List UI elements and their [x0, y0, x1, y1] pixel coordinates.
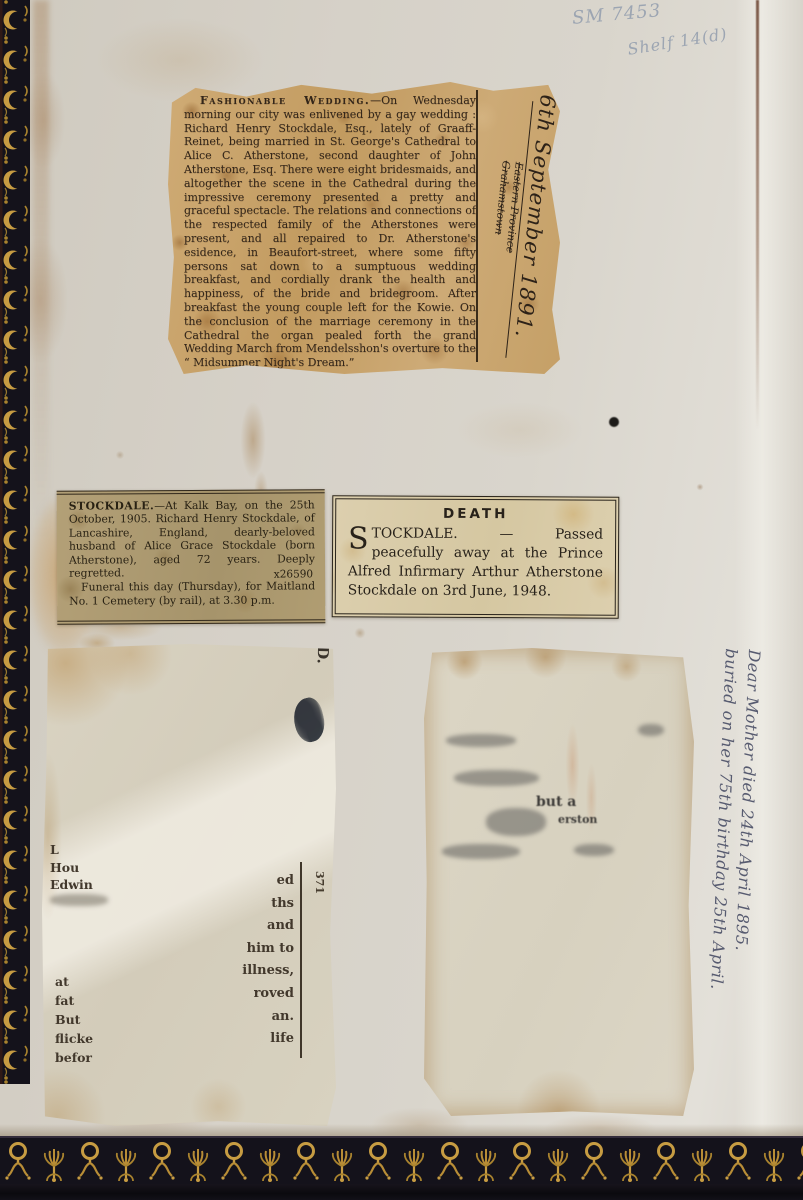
fragment: ths [190, 893, 294, 916]
text-fragments-right: ed ths and him to illness, roved an. lif… [190, 870, 294, 1051]
stain-streak-left [33, 0, 49, 540]
fragment: Edwin [50, 876, 93, 894]
faded-text-smudge [638, 724, 664, 736]
fragment: roved [190, 983, 294, 1006]
rotated-page-number: 371 [313, 871, 326, 894]
faded-text-smudge [50, 894, 108, 906]
column-rule [476, 90, 478, 362]
faded-text-smudge [486, 808, 546, 836]
fragment: flicke [55, 1029, 93, 1048]
wedding-article-body: —On Wednesday morning our city was enliv… [184, 94, 476, 369]
faded-clipping-right: but a erston [424, 648, 694, 1116]
death-notice-text: STOCKDALE. — Passed peacefully away at t… [348, 524, 603, 601]
ink-dot [609, 417, 619, 427]
fragment: at [55, 972, 93, 991]
fragment: life [190, 1028, 294, 1051]
page-crease-line [756, 0, 759, 430]
faded-text-smudge [574, 844, 614, 856]
fragment: fat [55, 991, 93, 1010]
faded-clipping-left: D. L Hou Edwin at fat But flicke befor 3… [42, 644, 336, 1126]
obituary-funeral-notice: Funeral this day (Thursday), for Maitlan… [69, 580, 315, 608]
ornate-border-bottom [0, 1136, 803, 1186]
ornate-border-left [0, 0, 30, 1084]
fragment: Hou [50, 859, 93, 877]
wedding-annotation-handwriting: 6th September 1891. Eastern Province Gra… [476, 90, 560, 384]
faded-text-smudge [454, 770, 539, 786]
text-fragments-left: L Hou Edwin [50, 841, 93, 894]
obituary-reference-number: x26590 [274, 568, 313, 582]
fragment: and [190, 915, 294, 938]
obituary-surname: STOCKDALE. [69, 499, 155, 512]
fragment: befor [55, 1048, 93, 1067]
faded-text-smudge [442, 844, 520, 859]
wedding-article-text: Fashionable Wedding.—On Wednesday mornin… [184, 94, 476, 370]
text-fragments-lower-left: at fat But flicke befor [55, 972, 93, 1067]
death-body-text: TOCKDALE. — Passed peacefully away at th… [348, 525, 603, 599]
kalk-bay-obituary-clipping: STOCKDALE.—At Kalk Bay, on the 25th Octo… [57, 489, 326, 624]
fragment: erston [558, 813, 597, 826]
fragment: an. [190, 1006, 294, 1029]
fragment: L [50, 841, 93, 859]
fragment: But [55, 1010, 93, 1029]
fragment: him to [190, 938, 294, 961]
death-notice-clipping: DEATH STOCKDALE. — Passed peacefully awa… [332, 495, 620, 619]
faded-text-smudge [446, 734, 516, 747]
death-drop-cap: S [348, 526, 369, 552]
fragment: illness, [190, 960, 294, 983]
ink-blot [289, 695, 329, 745]
scrapbook-page-scan: { "page": { "archive_note": { "line1": "… [0, 0, 803, 1200]
fragment: ed [190, 870, 294, 893]
wedding-clipping: Fashionable Wedding.—On Wednesday mornin… [168, 82, 560, 374]
death-heading: DEATH [348, 505, 603, 522]
fragment: but a [536, 794, 576, 810]
column-rule [300, 862, 302, 1058]
binding-shadow [0, 1184, 803, 1200]
wedding-article-heading: Fashionable Wedding. [200, 94, 370, 107]
